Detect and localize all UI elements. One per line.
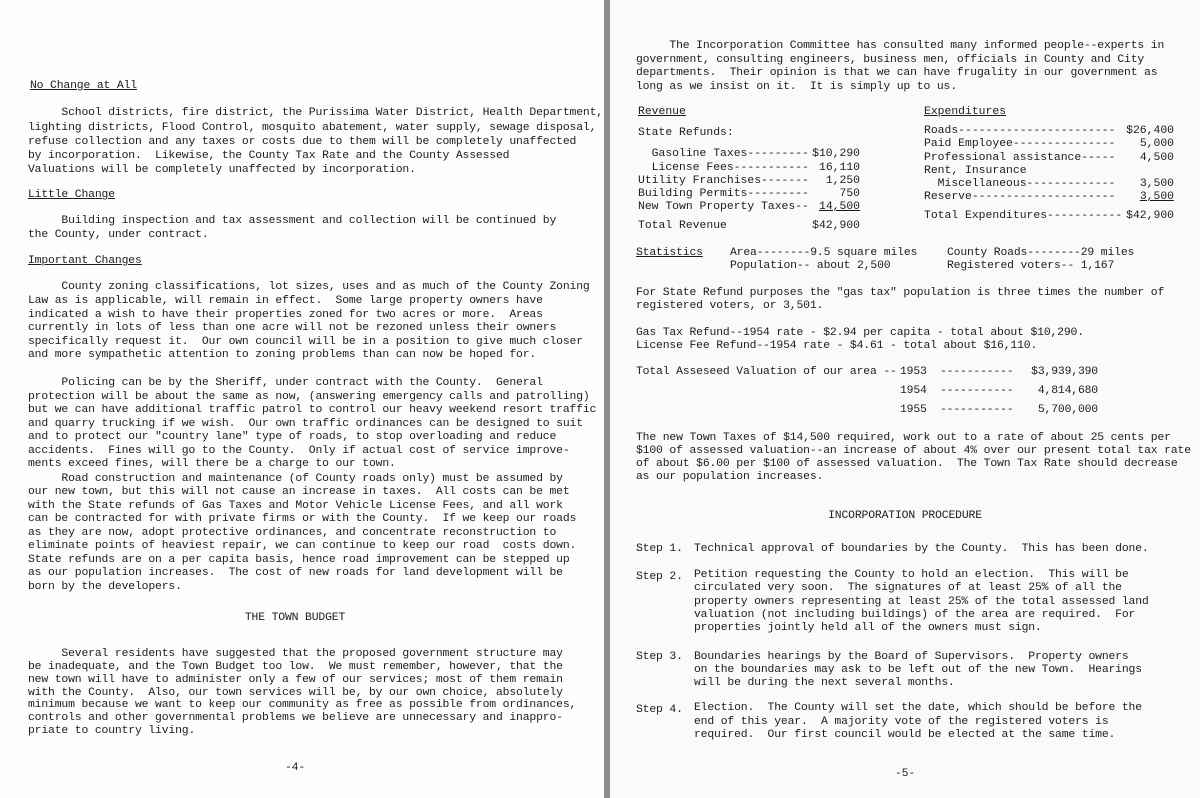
expenditure-value: 3,500 xyxy=(1140,191,1174,204)
roads-line: as they are now, adopt protective ordina… xyxy=(28,527,556,540)
revenue-total-value: $42,900 xyxy=(812,220,860,233)
revenue-label: Building Permits--------- xyxy=(638,188,809,201)
expenditure-total-label: Total Expenditures----------- xyxy=(924,210,1122,223)
intro-line: long as we insist on it. It is simply up… xyxy=(636,81,957,94)
expenditure-value: 5,000 xyxy=(1140,138,1174,151)
refund-line: registered voters, or 3,501. xyxy=(636,300,823,313)
revenue-total-row: Total Revenue$42,900 xyxy=(638,220,860,233)
roads-line: State refunds are on a per capita basis,… xyxy=(28,554,570,567)
step-text: on the boundaries may ask to be left out… xyxy=(694,664,1142,677)
town-budget-heading: THE TOWN BUDGET xyxy=(0,612,590,625)
budget-line: new town will have to administer only a … xyxy=(28,674,563,687)
revenue-value: 1,250 xyxy=(826,175,860,188)
zoning-line: specifically request it. Our own council… xyxy=(28,336,583,349)
expenditure-row: Paid Employee---------------5,000 xyxy=(924,138,1174,151)
policing-line: protection will be about the same as now… xyxy=(28,391,590,404)
page-5: The Incorporation Committee has consulte… xyxy=(610,0,1200,798)
step-label: Step 3. xyxy=(636,651,683,664)
revenue-table: Revenue State Refunds: Gasoline Taxes---… xyxy=(638,106,860,234)
rate-line: License Fee Refund--1954 rate - $4.61 - … xyxy=(636,340,1037,353)
step-text: Election. The County will set the date, … xyxy=(694,702,1142,715)
expenditure-row: Professional assistance-----4,500 xyxy=(924,152,1174,165)
revenue-total-label: Total Revenue xyxy=(638,220,727,233)
expenditure-row: Reserve---------------------3,500 xyxy=(924,191,1174,204)
little-change-line: the County, under contract. xyxy=(28,229,209,242)
revenue-value: 14,500 xyxy=(819,201,860,214)
roads-line: as our population increases. The cost of… xyxy=(28,567,563,580)
tax-line: as our population increases. xyxy=(636,471,823,484)
policing-line: accidents. Fines will go to the County. … xyxy=(28,445,570,458)
step-text: properties jointly held all of the owner… xyxy=(694,622,1042,635)
roads-line: eliminate points of heaviest repair, we … xyxy=(28,540,576,553)
zoning-line: currently in lots of less than one acre … xyxy=(28,322,556,335)
step-text: end of this year. A majority vote of the… xyxy=(694,716,1109,729)
budget-line: minimum because we want to keep our comm… xyxy=(28,699,576,712)
expenditure-label: Professional assistance----- xyxy=(924,152,1115,165)
valuation-dashes: ----------- xyxy=(940,385,1014,398)
valuation-value: 4,814,680 xyxy=(1026,385,1098,398)
heading-no-change: No Change at All xyxy=(30,80,137,93)
no-change-line: Valuations will be completely unaffected… xyxy=(28,164,416,177)
revenue-row: License Fees-----------16,110 xyxy=(638,162,860,175)
step-text: Boundaries hearings by the Board of Supe… xyxy=(694,651,1129,664)
expenditure-value: $26,400 xyxy=(1126,125,1174,138)
intro-line: The Incorporation Committee has consulte… xyxy=(636,40,1164,53)
zoning-line: Law as is applicable, will remain in eff… xyxy=(28,295,543,308)
revenue-row: New Town Property Taxes--14,500 xyxy=(638,201,860,214)
step-label: Step 2. xyxy=(636,571,683,584)
revenue-label: New Town Property Taxes-- xyxy=(638,201,809,214)
refund-line: For State Refund purposes the "gas tax" … xyxy=(636,287,1164,300)
no-change-line: School districts, fire district, the Pur… xyxy=(28,107,603,120)
step-label: Step 4. xyxy=(636,704,683,717)
valuation-dashes: ----------- xyxy=(940,404,1014,417)
policing-line: and to protect our "country lane" type o… xyxy=(28,431,556,444)
little-change-line: Building inspection and tax assessment a… xyxy=(28,215,556,228)
tax-line: $100 of assessed valuation--an increase … xyxy=(636,445,1191,458)
expenditure-label: Rent, Insurance xyxy=(924,165,1027,178)
zoning-line: and more sympathetic attention to zoning… xyxy=(28,349,536,362)
no-change-line: lighting districts, Flood Control, mosqu… xyxy=(28,122,596,135)
expenditure-total-value: $42,900 xyxy=(1126,210,1174,223)
budget-line: priate to country living. xyxy=(28,725,195,738)
revenue-label: Gasoline Taxes--------- xyxy=(638,148,809,161)
page-4: No Change at All School districts, fire … xyxy=(0,0,605,798)
valuation-year: 1953 xyxy=(900,366,927,379)
stat-area: Area--------9.5 square miles xyxy=(730,247,917,260)
expenditure-row: Miscellaneous-------------3,500 xyxy=(924,178,1174,191)
stat-population: Population-- about 2,500 xyxy=(730,260,890,273)
budget-line: controls and other governmental problems… xyxy=(28,712,563,725)
page-number: -4- xyxy=(0,762,590,775)
expenditures-heading: Expenditures xyxy=(924,106,1174,119)
revenue-row: Building Permits---------750 xyxy=(638,188,860,201)
valuation-value: $3,939,390 xyxy=(1026,366,1098,379)
budget-line: be inadequate, and the Town Budget too l… xyxy=(28,661,563,674)
step-text: Petition requesting the County to hold a… xyxy=(694,569,1129,582)
revenue-value: 16,110 xyxy=(819,162,860,175)
page-number: -5- xyxy=(610,768,1200,781)
no-change-line: by incorporation. Likewise, the County T… xyxy=(28,150,509,163)
expenditure-row: Rent, Insurance xyxy=(924,165,1174,178)
roads-line: Road construction and maintenance (of Co… xyxy=(28,473,563,486)
heading-important-changes: Important Changes xyxy=(28,255,142,268)
stat-registered-voters: Registered voters-- 1,167 xyxy=(947,260,1114,273)
expenditure-value: 4,500 xyxy=(1140,152,1174,165)
step-text: valuation (not including buildings) of t… xyxy=(694,609,1135,622)
revenue-row: Utility Franchises-------1,250 xyxy=(638,175,860,188)
tax-line: of about $6.00 per $100 of assessed valu… xyxy=(636,458,1178,471)
revenue-label: Utility Franchises------- xyxy=(638,175,809,188)
step-text: circulated very soon. The signatures of … xyxy=(694,582,1122,595)
policing-line: Policing can be by the Sheriff, under co… xyxy=(28,377,543,390)
expenditure-total-row: Total Expenditures-----------$42,900 xyxy=(924,210,1174,223)
intro-line: government, consulting engineers, busine… xyxy=(636,54,1144,67)
revenue-label: License Fees----------- xyxy=(638,162,809,175)
valuation-year: 1955 xyxy=(900,404,927,417)
statistics-heading: Statistics xyxy=(636,247,703,260)
revenue-value: 750 xyxy=(839,188,860,201)
expenditure-label: Roads----------------------- xyxy=(924,125,1115,138)
revenue-heading: Revenue xyxy=(638,106,860,119)
no-change-line: refuse collection and any taxes or costs… xyxy=(28,136,576,149)
step-label: Step 1. xyxy=(636,543,683,556)
roads-line: with the State refunds of Gas Taxes and … xyxy=(28,500,563,513)
expenditure-value: 3,500 xyxy=(1140,178,1174,191)
tax-line: The new Town Taxes of $14,500 required, … xyxy=(636,432,1171,445)
stat-county-roads: County Roads--------29 miles xyxy=(947,247,1134,260)
state-refunds-label: State Refunds: xyxy=(638,127,860,140)
rate-line: Gas Tax Refund--1954 rate - $2.94 per ca… xyxy=(636,327,1084,340)
valuation-dashes: ----------- xyxy=(940,366,1014,379)
expenditure-row: Roads-----------------------$26,400 xyxy=(924,125,1174,138)
policing-line: ments exceed fines, will there be a char… xyxy=(28,458,396,471)
policing-line: and quarry trucking if we wish. Our own … xyxy=(28,418,583,431)
zoning-line: County zoning classifications, lot sizes… xyxy=(28,281,590,294)
intro-line: departments. Their opinion is that we ca… xyxy=(636,67,1157,80)
roads-line: our new town, but this will not cause an… xyxy=(28,486,570,499)
expenditures-table: Expenditures Roads----------------------… xyxy=(924,106,1174,224)
expenditure-label: Reserve--------------------- xyxy=(924,191,1115,204)
roads-line: can be contracted for with private firms… xyxy=(28,513,576,526)
policing-line: but we can have additional traffic patro… xyxy=(28,404,596,417)
expenditure-label: Miscellaneous------------- xyxy=(924,178,1115,191)
expenditure-label: Paid Employee--------------- xyxy=(924,138,1115,151)
zoning-line: indicated a wish to have their propertie… xyxy=(28,309,543,322)
valuation-year: 1954 xyxy=(900,385,927,398)
step-text: required. Our first council would be ele… xyxy=(694,729,1115,742)
revenue-row: Gasoline Taxes---------$10,290 xyxy=(638,148,860,161)
valuation-label: Total Asseseed Valuation of our area -- xyxy=(636,366,897,379)
step-text: will be during the next several months. xyxy=(694,677,955,690)
roads-line: born by the developers. xyxy=(28,581,182,594)
procedure-heading: INCORPORATION PROCEDURE xyxy=(610,510,1200,523)
valuation-value: 5,700,000 xyxy=(1026,404,1098,417)
step-text: Technical approval of boundaries by the … xyxy=(694,543,1149,556)
heading-little-change: Little Change xyxy=(28,189,115,202)
step-text: property owners representing at least 25… xyxy=(694,596,1149,609)
revenue-value: $10,290 xyxy=(812,148,860,161)
budget-line: Several residents have suggested that th… xyxy=(28,648,563,661)
